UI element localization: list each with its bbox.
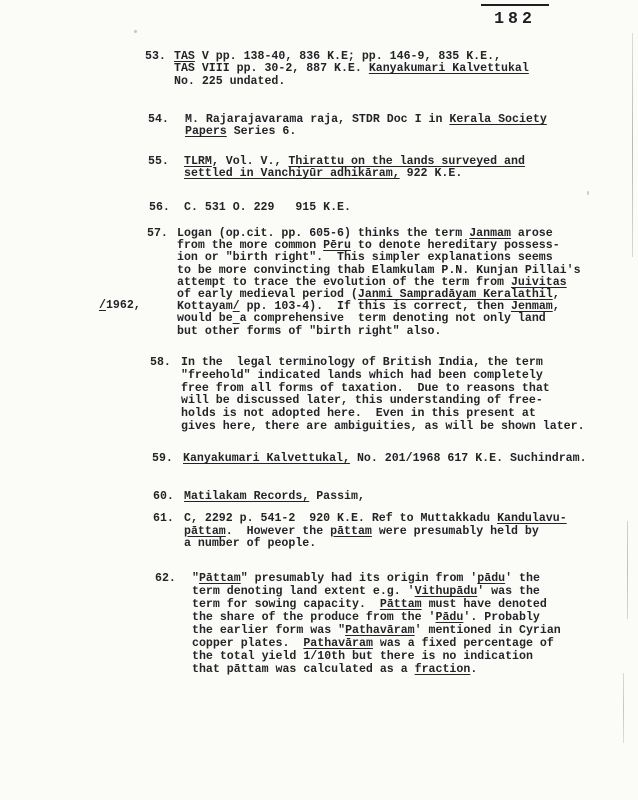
underlined-text: Kandulavu- [497, 512, 567, 525]
footnote-text: C. 531 O. 229 915 K.E. [184, 202, 351, 214]
footnote-text: In the legal terminology of British Indi… [181, 357, 585, 434]
text-segment: " presumably had its origin from ' [241, 572, 478, 585]
underlined-text [233, 312, 240, 325]
text-segment: attempt to trace the evolution of the te… [177, 276, 511, 289]
underlined-text: Pādu [436, 611, 464, 624]
footnote-line: No. 225 undated. [174, 76, 529, 88]
text-segment: but other forms of "birth right" also. [177, 325, 441, 338]
page-number: 182 [481, 4, 549, 28]
text-segment: , [553, 288, 560, 301]
footnote-number: 59. [152, 453, 173, 465]
scan-speck [134, 30, 137, 33]
text-segment: 922 K.E. [400, 167, 463, 180]
footnote-text: TAS V pp. 138-40, 836 K.E; pp. 146-9, 83… [174, 51, 529, 88]
underlined-text: Papers [185, 125, 227, 138]
footnote-line: copper plates. Pathavāram was a fixed pe… [192, 637, 561, 650]
underlined-text: Thirattu on the lands surveyed and [288, 155, 525, 168]
text-segment: must have denoted [422, 598, 547, 611]
footnote-text: Kanyakumari Kalvettukal, No. 201/1968 61… [183, 453, 587, 465]
underlined-text: Jenmam [511, 300, 553, 313]
underlined-text: pāttam [330, 525, 372, 538]
text-segment: In the legal terminology of British Indi… [181, 356, 543, 369]
text-segment: from the more common [177, 239, 323, 252]
footnote-number: 58. [150, 357, 171, 370]
footnote-line: settled in Vanchiyūr adhikāram, 922 K.E. [184, 168, 525, 180]
margin-note: /1962, [99, 299, 141, 312]
text-segment: ion or "birth right". This simpler expla… [177, 251, 553, 264]
underlined-text: TAS [174, 50, 195, 63]
text-segment: to be more convincting thab Elamkulam P.… [177, 264, 581, 277]
text-segment: the earlier form was " [192, 624, 345, 637]
footnote-text: C, 2292 p. 541-2 920 K.E. Ref to Muttakk… [184, 513, 567, 551]
underlined-text: pāttam [184, 525, 226, 538]
text-segment: '. Probably [463, 611, 540, 624]
text-segment: C. 531 O. 229 915 K.E. [184, 201, 351, 214]
text-segment: V pp. 138-40, 836 K.E; pp. 146-9, 835 K.… [195, 50, 501, 63]
footnote-number: 54. [148, 114, 169, 126]
footnote-line: term denoting land extent e.g. 'Vithupād… [192, 585, 561, 598]
footnote-line: Papers Series 6. [185, 126, 547, 138]
underlined-text: Pēru [323, 239, 351, 252]
text-segment: Passim, [309, 490, 365, 503]
text-segment: the total yield 1/10th but there is no i… [192, 650, 533, 663]
text-segment: " [192, 572, 199, 585]
footnote-number: 53. [145, 51, 166, 63]
text-segment: copper plates. [192, 637, 303, 650]
footnote-item: 62."Pāttam" presumably had its origin fr… [155, 572, 561, 676]
scan-artifact-line [632, 33, 633, 257]
text-segment: term for sowing capacity. [192, 598, 380, 611]
footnote-line: "Pāttam" presumably had its origin from … [192, 572, 561, 585]
footnote-line: term for sowing capacity. Pāttam must ha… [192, 598, 561, 611]
underlined-text: Pāttam [380, 598, 422, 611]
scan-speck [587, 191, 589, 195]
text-segment: Kottayam [177, 300, 233, 313]
text-segment: M. Rajarajavarama raja, STDR Doc I in [185, 113, 449, 126]
text-segment: will be discussed later, this understand… [181, 394, 543, 407]
text-segment: free from all forms of taxation. Due to … [181, 382, 550, 395]
footnote-item: 53.TAS V pp. 138-40, 836 K.E; pp. 146-9,… [145, 51, 529, 88]
text-segment: Logan (op.cit. pp. 605-6) thinks the ter… [177, 227, 469, 240]
footnote-text: TLRM, Vol. V., Thirattu on the lands sur… [184, 156, 525, 181]
footnote-number: 57. [147, 228, 168, 240]
text-segment: that pāttam was calculated as a [192, 663, 415, 676]
underlined-text: Pathavāram [345, 624, 415, 637]
underlined-text: Pāttam [199, 572, 241, 585]
text-segment: holds is not adopted here. Even in this … [181, 407, 536, 420]
footnote-text: M. Rajarajavarama raja, STDR Doc I in Ke… [185, 114, 547, 139]
text-segment: "freehold" indicated lands which had bee… [181, 369, 543, 382]
text-segment: , Vol. V., [212, 155, 289, 168]
footnote-item: 59.Kanyakumari Kalvettukal, No. 201/1968… [152, 453, 587, 465]
footnote-item: 58.In the legal terminology of British I… [150, 357, 585, 434]
text-segment: pp. 103-4). If this is correct, then [240, 300, 511, 313]
text-segment: gives here, there are ambiguities, as wi… [181, 420, 585, 433]
scan-artifact-line [623, 673, 624, 743]
scan-artifact-line [627, 521, 628, 619]
underlined-text: Juivitas [511, 276, 567, 289]
underlined-text: Kanyakumari Kalvettukal, [183, 452, 350, 465]
footnote-item: 60.Matilakam Records, Passim, [153, 491, 365, 503]
underlined-text: Janmam [469, 227, 511, 240]
footnote-line: but other forms of "birth right" also. [177, 326, 581, 338]
footnote-item: 61.C, 2292 p. 541-2 920 K.E. Ref to Mutt… [153, 513, 567, 551]
text-segment: . However the [226, 525, 330, 538]
footnote-line: C. 531 O. 229 915 K.E. [184, 202, 351, 214]
footnote-line: Kanyakumari Kalvettukal, No. 201/1968 61… [183, 453, 587, 465]
text-segment: , [553, 300, 560, 313]
text-segment: 1962, [106, 299, 141, 312]
text-segment: C, 2292 p. 541-2 920 K.E. Ref to Muttakk… [184, 512, 497, 525]
text-segment: a number of people. [184, 537, 316, 550]
footnote-line: a number of people. [184, 538, 567, 551]
text-segment: would be [177, 312, 233, 325]
text-segment: . [470, 663, 477, 676]
text-segment: were presumably held by [372, 525, 539, 538]
footnote-item: 55.TLRM, Vol. V., Thirattu on the lands … [148, 156, 525, 181]
underlined-text: / [233, 300, 240, 313]
underlined-text: Kerala Society [449, 113, 546, 126]
underlined-text: Janmi Sampradāyam Keralathil [358, 288, 553, 301]
underlined-text: Matilakam Records, [184, 490, 309, 503]
text-segment: arose [511, 227, 553, 240]
footnote-number: 60. [153, 491, 174, 503]
underlined-text: / [99, 299, 106, 312]
text-segment: to denote hereditary possess- [351, 239, 560, 252]
text-segment: was a fixed percentage of [373, 637, 554, 650]
footnote-line: Matilakam Records, Passim, [184, 491, 365, 503]
text-segment: ' the [505, 572, 540, 585]
footnote-text: Matilakam Records, Passim, [184, 491, 365, 503]
underlined-text: Vithupādu [415, 585, 478, 598]
underlined-text: Kanyakumari Kalvettukal [369, 62, 529, 75]
footnote-number: 61. [153, 513, 174, 526]
footnote-text: Logan (op.cit. pp. 605-6) thinks the ter… [177, 228, 581, 338]
text-segment: TAS VIII pp. 30-2, 887 K.E. [174, 62, 369, 75]
footnote-number: 55. [148, 156, 169, 168]
footnote-number: 62. [155, 572, 176, 585]
text-segment: the share of the produce from the ' [192, 611, 436, 624]
footnote-number: 56. [149, 202, 170, 214]
text-segment: No. 225 undated. [174, 75, 285, 88]
underlined-text: pādu [477, 572, 505, 585]
footnote-line: that pāttam was calculated as a fraction… [192, 663, 561, 676]
text-segment: Series 6. [227, 125, 297, 138]
text-segment: ' mentioned in Cyrian [415, 624, 561, 637]
underlined-text: Pathavāram [303, 637, 373, 650]
text-segment: term denoting land extent e.g. ' [192, 585, 415, 598]
text-segment: of early medieval period ( [177, 288, 358, 301]
footnote-line: gives here, there are ambiguities, as wi… [181, 421, 585, 434]
underlined-text: settled in Vanchiyūr adhikāram, [184, 167, 400, 180]
footnote-text: "Pāttam" presumably had its origin from … [192, 572, 561, 676]
footnote-item: 56.C. 531 O. 229 915 K.E. [149, 202, 351, 214]
underlined-text: fraction [415, 663, 471, 676]
text-segment: a comprehensive term denoting not only l… [240, 312, 546, 325]
text-segment: ' was the [477, 585, 540, 598]
underlined-text: TLRM [184, 155, 212, 168]
text-segment: No. 201/1968 617 K.E. Suchindram. [350, 452, 587, 465]
footnote-item: 54.M. Rajarajavarama raja, STDR Doc I in… [148, 114, 547, 139]
footnote-line: the share of the produce from the 'Pādu'… [192, 611, 561, 624]
document-page: 182 /1962, 53.TAS V pp. 138-40, 836 K.E;… [0, 0, 638, 800]
footnote-line: the earlier form was "Pathavāram' mentio… [192, 624, 561, 637]
footnote-item: 57.Logan (op.cit. pp. 605-6) thinks the … [147, 228, 581, 338]
footnote-line: the total yield 1/10th but there is no i… [192, 650, 561, 663]
